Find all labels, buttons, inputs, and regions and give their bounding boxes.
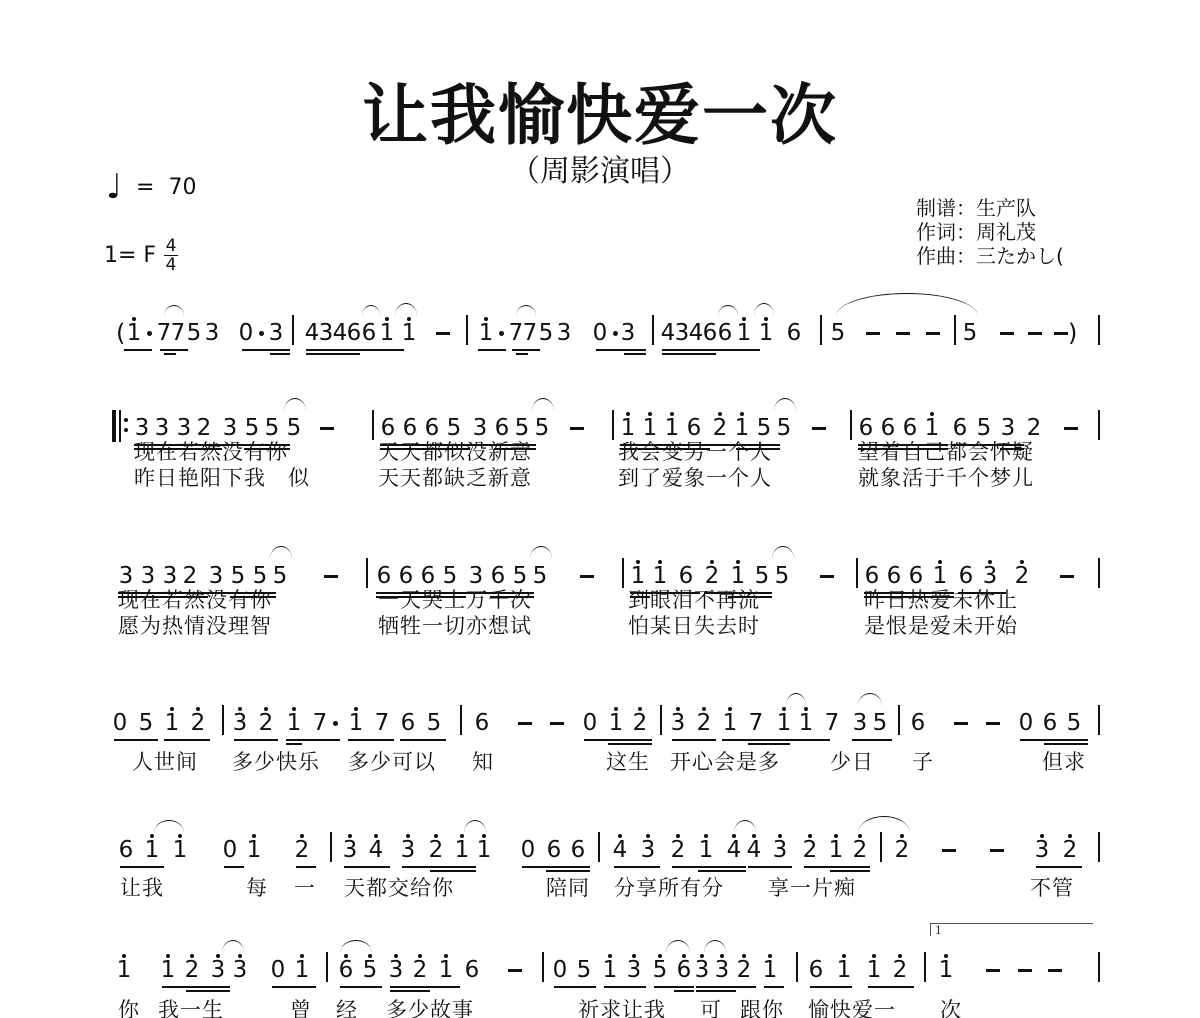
jianpu-note-5: 5 xyxy=(532,556,548,596)
lyric-phrase: 子 xyxy=(912,746,934,776)
jianpu-note-5: 5 xyxy=(576,950,592,990)
jianpu-note-1: 1 xyxy=(762,950,778,990)
sustain-dash xyxy=(324,575,338,578)
jianpu-note-5: 5 xyxy=(426,703,442,743)
jianpu-note-1: 1 xyxy=(828,830,844,870)
high-octave-dot-icon xyxy=(178,834,182,838)
lyric-phrase: 开心会是多 xyxy=(670,746,780,776)
jianpu-note-3: 3 xyxy=(204,313,220,353)
high-octave-dot-icon xyxy=(264,707,268,711)
jianpu-note-2: 2 xyxy=(894,830,910,870)
quarter-note-icon: ♩ xyxy=(106,170,122,204)
high-octave-dot-icon xyxy=(170,707,174,711)
high-octave-dot-icon xyxy=(988,560,992,564)
barline xyxy=(796,952,798,982)
jianpu-note-1: 1 xyxy=(698,830,714,870)
high-octave-dot-icon xyxy=(166,954,170,958)
jianpu-note-1: 1 xyxy=(401,313,417,353)
high-octave-dot-icon xyxy=(900,834,904,838)
jianpu-note-1: 1 xyxy=(866,950,882,990)
high-octave-dot-icon xyxy=(608,954,612,958)
high-octave-dot-icon xyxy=(742,317,746,321)
jianpu-note-1: 1 xyxy=(379,313,395,353)
high-octave-dot-icon xyxy=(898,954,902,958)
lyric-phrase: 昨日艳阳下我 似 xyxy=(134,462,310,492)
barline xyxy=(330,832,332,862)
tie-slur-icon xyxy=(836,293,978,316)
repeat-thin-bar xyxy=(119,410,121,442)
sustain-dash xyxy=(866,332,880,335)
jianpu-note-7: 7 xyxy=(170,313,186,353)
jianpu-note-5: 5 xyxy=(774,556,790,596)
jianpu-note-3: 3 xyxy=(694,950,710,990)
jianpu-note-6: 6 xyxy=(361,313,377,353)
high-octave-dot-icon xyxy=(300,954,304,958)
barline xyxy=(1098,952,1100,982)
tie-slur-icon xyxy=(222,940,244,953)
jianpu-note-0: 0 xyxy=(520,830,536,870)
high-octave-dot-icon xyxy=(768,954,772,958)
jianpu-note-1: 1 xyxy=(836,950,852,990)
tie-slur-icon xyxy=(786,693,806,706)
high-octave-dot-icon xyxy=(252,834,256,838)
lyric-phrase: 分享所有分 xyxy=(614,872,724,902)
beam-underline xyxy=(672,739,716,741)
high-octave-dot-icon xyxy=(444,954,448,958)
tie-slur-icon xyxy=(734,820,756,833)
jianpu-note-3: 3 xyxy=(714,950,730,990)
lyric-phrase: 是恨是爱未开始 xyxy=(864,610,1018,640)
barline xyxy=(820,315,822,345)
lyric-phrase: 天都交给你 xyxy=(344,872,454,902)
sustain-dash xyxy=(942,849,956,852)
jianpu-note-3: 3 xyxy=(210,950,226,990)
sustain-dash xyxy=(1054,332,1068,335)
high-octave-dot-icon xyxy=(676,707,680,711)
barline xyxy=(542,952,544,982)
tie-slur-icon xyxy=(704,940,726,953)
beam-underline xyxy=(662,349,737,351)
beam-underline xyxy=(1020,739,1088,741)
jianpu-note-2: 2 xyxy=(184,950,200,990)
tempo-value: 70 xyxy=(168,175,196,200)
tie-slur-icon xyxy=(395,303,417,316)
jianpu-note-3: 3 xyxy=(772,830,788,870)
beam-underline xyxy=(344,866,390,868)
jianpu-note-2: 2 xyxy=(428,830,444,870)
tie-slur-icon xyxy=(858,693,882,706)
lyric-phrase: 愿为热情没理智 xyxy=(118,610,272,640)
high-octave-dot-icon xyxy=(618,834,622,838)
beam-underline xyxy=(662,353,716,355)
jianpu-note-2: 2 xyxy=(852,830,868,870)
tie-slur-icon xyxy=(164,305,184,316)
lyric-phrase: 跟你 xyxy=(740,994,784,1018)
high-octave-dot-icon xyxy=(190,954,194,958)
lyric-phrase: 享一片痴 xyxy=(768,872,856,902)
lyric-phrase: 这生 xyxy=(606,746,650,776)
jianpu-note-0: 0 xyxy=(112,703,128,743)
high-octave-dot-icon xyxy=(710,560,714,564)
beam-underline xyxy=(608,743,652,745)
jianpu-note-5: 5 xyxy=(272,556,288,596)
barline xyxy=(612,410,614,440)
beam-underline xyxy=(124,349,152,351)
jianpu-note-1: 1 xyxy=(348,703,364,743)
barline xyxy=(954,315,956,345)
tie-slur-icon xyxy=(154,820,184,833)
high-octave-dot-icon xyxy=(344,954,348,958)
high-octave-dot-icon xyxy=(238,707,242,711)
high-octave-dot-icon xyxy=(646,834,650,838)
barline xyxy=(660,705,662,735)
beam-underline xyxy=(764,986,784,988)
high-octave-dot-icon xyxy=(676,834,680,838)
barline xyxy=(598,832,600,862)
high-octave-dot-icon xyxy=(938,560,942,564)
jianpu-note-3: 3 xyxy=(268,313,284,353)
beam-underline xyxy=(114,739,158,741)
jianpu-note-2: 2 xyxy=(696,703,712,743)
sustain-dash xyxy=(986,969,1000,972)
beam-underline xyxy=(596,349,646,351)
high-octave-dot-icon xyxy=(368,954,372,958)
high-octave-dot-icon xyxy=(944,954,948,958)
high-octave-dot-icon xyxy=(374,834,378,838)
jianpu-note-1: 1 xyxy=(478,313,494,353)
jianpu-note-4: 4 xyxy=(368,830,384,870)
jianpu-note-3: 3 xyxy=(232,703,248,743)
beam-underline xyxy=(162,986,230,988)
lyric-phrase: 经 xyxy=(336,994,358,1018)
beam-underline xyxy=(390,990,430,992)
high-octave-dot-icon xyxy=(858,834,862,838)
high-octave-dot-icon xyxy=(122,954,126,958)
jianpu-note-4: 4 xyxy=(612,830,628,870)
jianpu-note-3: 3 xyxy=(556,313,572,353)
jianpu-note-2: 2 xyxy=(736,950,752,990)
beam-underline xyxy=(164,353,176,355)
sustain-dash xyxy=(1060,575,1074,578)
jianpu-note-6: 6 xyxy=(676,950,692,990)
beam-underline xyxy=(748,866,792,868)
jianpu-note-1: 1 xyxy=(776,703,792,743)
high-octave-dot-icon xyxy=(385,317,389,321)
key-label: 1= F xyxy=(104,243,156,268)
jianpu-note-0: 0 xyxy=(270,950,286,990)
barline xyxy=(326,952,328,982)
jianpu-note-3: 3 xyxy=(1034,830,1050,870)
barline xyxy=(1098,832,1100,862)
barline xyxy=(1098,558,1100,588)
jianpu-note-6: 6 xyxy=(346,313,362,353)
jianpu-note-1: 1 xyxy=(294,950,310,990)
sustain-dash xyxy=(1018,969,1032,972)
jianpu-note-3: 3 xyxy=(232,950,248,990)
jianpu-note-6: 6 xyxy=(1042,703,1058,743)
jianpu-note-5: 5 xyxy=(872,703,888,743)
beam-underline xyxy=(390,986,460,988)
jianpu-note-3: 3 xyxy=(640,830,656,870)
credit-composer: 作曲：三たかし( xyxy=(916,244,1064,268)
jianpu-note-0: 0 xyxy=(592,313,608,353)
barline xyxy=(1098,315,1100,345)
beam-underline xyxy=(306,349,380,351)
jianpu-note-6: 6 xyxy=(338,950,354,990)
beam-underline xyxy=(160,349,188,351)
beam-underline xyxy=(306,353,360,355)
augmentation-dot-icon xyxy=(613,331,618,336)
lyric-phrase: 可 xyxy=(700,994,722,1018)
high-octave-dot-icon xyxy=(626,412,630,416)
jianpu-note-2: 2 xyxy=(258,703,274,743)
song-title: 让我愉快爱一次 xyxy=(0,62,1200,157)
tie-slur-icon xyxy=(340,940,372,953)
beam-underline xyxy=(672,866,746,868)
beam-underline xyxy=(516,353,528,355)
credit-notation: 制谱：生产队 xyxy=(916,196,1064,220)
jianpu-note-5: 5 xyxy=(534,408,550,448)
barline xyxy=(292,315,294,345)
key-signature: 1= F 4 4 xyxy=(104,238,178,273)
high-octave-dot-icon xyxy=(728,707,732,711)
high-octave-dot-icon xyxy=(732,834,736,838)
sustain-dash xyxy=(954,722,968,725)
lyric-phrase: 怕某日失去时 xyxy=(628,610,760,640)
barline xyxy=(850,410,852,440)
jianpu-note-2: 2 xyxy=(412,950,428,990)
jianpu-note-1: 1 xyxy=(736,313,752,353)
beam-underline xyxy=(478,349,506,351)
beam-underline xyxy=(340,986,382,988)
beam-underline xyxy=(242,349,290,351)
sustain-dash xyxy=(926,332,940,335)
tie-slur-icon xyxy=(774,398,796,411)
sustain-dash xyxy=(570,427,584,430)
jianpu-note-5: 5 xyxy=(1066,703,1082,743)
jianpu-note-1: 1 xyxy=(758,313,774,353)
volta-label: 1 xyxy=(935,924,942,937)
beam-underline xyxy=(722,739,790,741)
lyric-phrase: 到了爱象一个人 xyxy=(618,462,772,492)
barline xyxy=(1098,410,1100,440)
tempo-marking: ♩ = 70 xyxy=(106,170,196,204)
beam-underline xyxy=(380,349,404,351)
lyric-phrase: 多少快乐 xyxy=(232,746,320,776)
jianpu-note-1: 1 xyxy=(798,703,814,743)
beam-underline xyxy=(654,986,694,988)
high-octave-dot-icon xyxy=(394,954,398,958)
sustain-dash xyxy=(990,849,1004,852)
jianpu-note-6: 6 xyxy=(717,313,733,353)
beam-underline xyxy=(120,866,164,868)
high-octave-dot-icon xyxy=(418,954,422,958)
barline xyxy=(372,410,374,440)
jianpu-note-2: 2 xyxy=(190,703,206,743)
jianpu-note-6: 6 xyxy=(464,950,480,990)
high-octave-dot-icon xyxy=(702,707,706,711)
jianpu-note-5: 5 xyxy=(362,950,378,990)
beam-underline xyxy=(554,986,596,988)
jianpu-note-1: 1 xyxy=(126,313,142,353)
jianpu-note-6: 6 xyxy=(702,313,718,353)
high-octave-dot-icon xyxy=(834,834,838,838)
sustain-dash xyxy=(1000,332,1014,335)
lyric-phrase: 知 xyxy=(472,746,494,776)
lyric-phrase: 不管 xyxy=(1030,872,1074,902)
high-octave-dot-icon xyxy=(632,954,636,958)
barline xyxy=(460,705,462,735)
high-octave-dot-icon xyxy=(872,954,876,958)
time-sig-bottom: 4 xyxy=(166,257,177,273)
augmentation-dot-icon xyxy=(499,331,504,336)
jianpu-note-1: 1 xyxy=(172,830,188,870)
sustain-dash xyxy=(896,332,910,335)
barline xyxy=(466,315,468,345)
high-octave-dot-icon xyxy=(348,834,352,838)
sustain-dash xyxy=(1028,332,1042,335)
jianpu-note-5: 5 xyxy=(186,313,202,353)
lyric-phrase: 我一生 xyxy=(158,994,224,1018)
jianpu-note-3: 3 xyxy=(670,703,686,743)
jianpu-note-6: 6 xyxy=(910,703,926,743)
lyric-phrase: 每 xyxy=(246,872,268,902)
high-octave-dot-icon xyxy=(216,954,220,958)
high-octave-dot-icon xyxy=(1040,834,1044,838)
lyric-phrase: 就象活于千个梦儿 xyxy=(858,462,1034,492)
augmentation-dot-icon xyxy=(147,331,152,336)
high-octave-dot-icon xyxy=(638,707,642,711)
sustain-dash xyxy=(508,969,522,972)
barline xyxy=(1098,705,1100,735)
lyric-phrase: 一 xyxy=(294,872,316,902)
beam-underline xyxy=(674,990,694,992)
barline xyxy=(898,705,900,735)
jianpu-note-4: 4 xyxy=(746,830,762,870)
high-octave-dot-icon xyxy=(1020,560,1024,564)
barline xyxy=(652,315,654,345)
jianpu-note-0: 0 xyxy=(222,830,238,870)
jianpu-note-1: 1 xyxy=(438,950,454,990)
beam-underline xyxy=(810,986,852,988)
sustain-dash xyxy=(820,575,834,578)
high-octave-dot-icon xyxy=(808,834,812,838)
high-octave-dot-icon xyxy=(782,707,786,711)
tie-slur-icon xyxy=(532,398,554,411)
high-octave-dot-icon xyxy=(434,834,438,838)
jianpu-note-1: 1 xyxy=(164,703,180,743)
tie-slur-icon xyxy=(362,305,380,316)
high-octave-dot-icon xyxy=(842,954,846,958)
jianpu-note-1: 1 xyxy=(286,703,302,743)
tie-slur-icon xyxy=(516,305,536,316)
jianpu-note-3: 3 xyxy=(400,830,416,870)
credit-lyricist: 作词：周礼茂 xyxy=(916,220,1064,244)
sustain-dash xyxy=(320,427,334,430)
sustain-dash xyxy=(580,575,594,578)
high-octave-dot-icon xyxy=(132,317,136,321)
jianpu-note-2: 2 xyxy=(632,703,648,743)
high-octave-dot-icon xyxy=(804,707,808,711)
barline xyxy=(222,705,224,735)
jianpu-note-1: 1 xyxy=(144,830,160,870)
beam-underline xyxy=(737,349,760,351)
barline xyxy=(856,558,858,588)
augmentation-dot-icon xyxy=(259,331,264,336)
jianpu-note-3: 3 xyxy=(626,950,642,990)
tie-slur-icon xyxy=(270,546,292,559)
beam-underline xyxy=(272,986,316,988)
high-octave-dot-icon xyxy=(292,707,296,711)
sustain-dash xyxy=(550,722,564,725)
jianpu-note-7: 7 xyxy=(824,703,840,743)
high-octave-dot-icon xyxy=(196,707,200,711)
high-octave-dot-icon xyxy=(482,834,486,838)
lyric-phrase: 多少可以 xyxy=(348,746,436,776)
barline xyxy=(880,832,882,862)
jianpu-note-1: 1 xyxy=(608,703,624,743)
jianpu-note-6: 6 xyxy=(400,703,416,743)
tie-slur-icon xyxy=(772,546,794,559)
lyric-phrase: 愉快爱一 xyxy=(808,994,896,1018)
lyric-phrase: 多少故事 xyxy=(386,994,474,1018)
beam-underline xyxy=(584,739,652,741)
tie-slur-icon xyxy=(754,303,774,316)
high-octave-dot-icon xyxy=(700,954,704,958)
barline xyxy=(366,558,368,588)
beam-underline xyxy=(696,986,756,988)
jianpu-note-3: 3 xyxy=(342,830,358,870)
beam-underline xyxy=(868,986,914,988)
high-octave-dot-icon xyxy=(1068,834,1072,838)
beam-underline xyxy=(186,990,230,992)
high-octave-dot-icon xyxy=(718,412,722,416)
jianpu-note-1: 1 xyxy=(602,950,618,990)
tie-slur-icon xyxy=(718,305,738,316)
beam-underline xyxy=(402,866,476,868)
jianpu-note-1: 1 xyxy=(476,830,492,870)
high-octave-dot-icon xyxy=(670,412,674,416)
jianpu-note-6: 6 xyxy=(786,313,802,353)
jianpu-note-7: 7 xyxy=(748,703,764,743)
jianpu-note-1: 1 xyxy=(938,950,954,990)
beam-underline xyxy=(852,739,892,741)
lyric-phrase: 祈求让我 xyxy=(578,994,666,1018)
sustain-dash xyxy=(518,722,532,725)
jianpu-note-3: 3 xyxy=(620,313,636,353)
lyric-phrase: 牺牲一切亦想试 xyxy=(378,610,532,640)
jianpu-note-0: 0 xyxy=(1018,703,1034,743)
jianpu-note-7: 7 xyxy=(522,313,538,353)
beam-underline xyxy=(748,743,790,745)
jianpu-note-2: 2 xyxy=(670,830,686,870)
high-octave-dot-icon xyxy=(704,834,708,838)
jianpu-note-1: 1 xyxy=(246,830,262,870)
jianpu-note-1: 1 xyxy=(160,950,176,990)
jianpu-note-3: 3 xyxy=(388,950,404,990)
tie-slur-icon xyxy=(464,820,486,833)
jianpu-note-5: 5 xyxy=(830,313,846,353)
jianpu-note-5: 5 xyxy=(962,313,978,353)
high-octave-dot-icon xyxy=(764,317,768,321)
beam-underline xyxy=(348,739,394,741)
jianpu-note-5: 5 xyxy=(286,408,302,448)
jianpu-note-2: 2 xyxy=(294,830,310,870)
jianpu-note-1: 1 xyxy=(722,703,738,743)
beam-underline xyxy=(296,866,316,868)
high-octave-dot-icon xyxy=(300,834,304,838)
barline xyxy=(924,952,926,982)
